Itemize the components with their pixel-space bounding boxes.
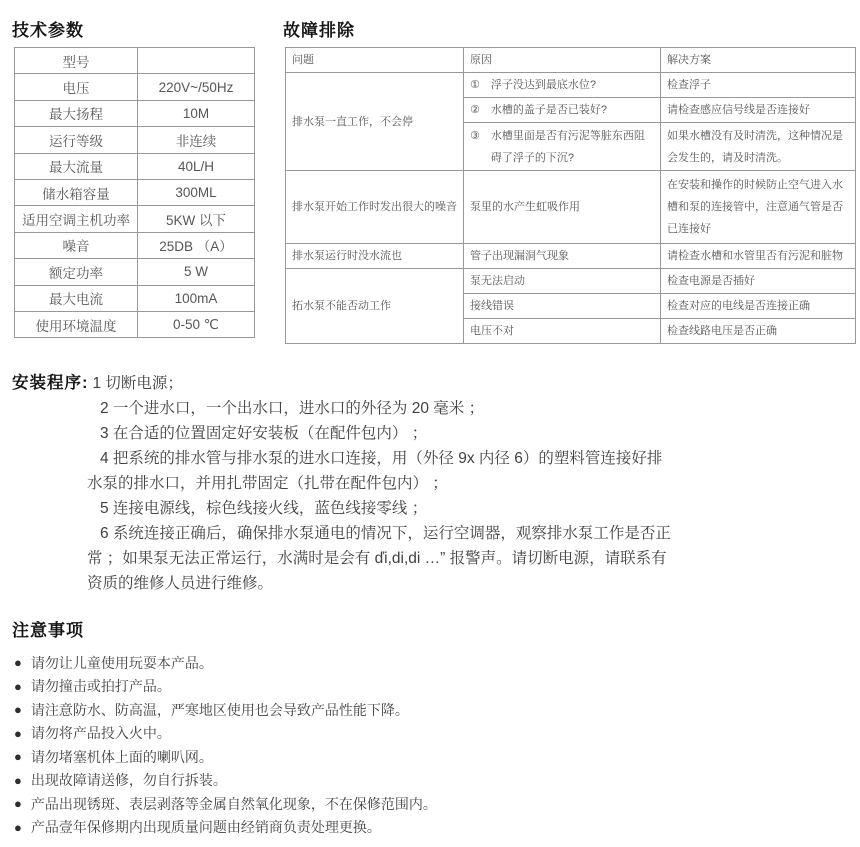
solution-cell: 请检查水槽和水管里否有污泥和脏物 [661,244,856,269]
solution-cell: 检查对应的电线是否连接正确 [661,294,856,319]
note-text: 请勿撞击或拍打产品。 [31,676,171,696]
param-label: 运行等级 [15,127,138,153]
table-row: 最大电流100mA [15,285,255,311]
param-label: 电压 [15,74,138,100]
table-row: 适用空调主机功率5KW 以下 [15,206,255,232]
installation-heading: 安装程序: [12,374,93,392]
notes-section: 注意事项 ●请勿让儿童使用玩耍本产品。 ●请勿撞击或拍打产品。 ●请注意防水、防… [0,618,860,839]
table-row: 排水泵运行时没水流也 管子出现漏洞气现象 请检查水槽和水管里否有污泥和脏物 [286,244,856,269]
param-label: 型号 [15,48,138,74]
table-row: 排水泵一直工作，不会停 ①浮子没达到最底水位? 检查浮子 [286,73,856,98]
param-value: 5KW 以下 [138,206,255,232]
note-text: 请勿将产品投入火中。 [31,723,171,743]
bullet-icon: ● [14,797,22,810]
installation-step-continuation: 常 ；如果泵无法正常运行，水满时是会有 ďi,di,di …” 报警声。请切断电… [0,546,860,571]
cause-cell: 泵里的水产生虹吸作用 [464,171,661,244]
note-text: 出现故障请送修，勿自行拆装。 [31,770,227,790]
column-header: 原因 [464,48,661,73]
cause-text: 浮子没达到最底水位? [491,74,596,96]
param-value: 0-50 ℃ [138,311,255,337]
table-row: 使用环境温度0-50 ℃ [15,311,255,337]
solution-cell: 检查电源是否插好 [661,269,856,294]
troubleshooting-table: 问题 原因 解决方案 排水泵一直工作，不会停 ①浮子没达到最底水位? 检查浮子 … [285,47,856,344]
param-label: 噪音 [15,232,138,258]
note-text: 请勿让儿童使用玩耍本产品。 [31,653,213,673]
param-value: 非连续 [138,127,255,153]
cause-cell: 电压不对 [464,319,661,344]
cause-text: 水槽里面是否有污泥等脏东西阻碍了浮子的下沉? [491,125,654,169]
problem-cell: 拓水泵不能否动工作 [286,269,464,344]
note-item: ●产品壹年保修期内出现质量问题由经销商负责处理更换。 [0,816,860,840]
solution-cell: 在安装和操作的时候防止空气进入水槽和泵的连接管中，注意通气管是否已连接好 [661,171,856,244]
cause-cell: 接线错误 [464,294,661,319]
table-row: 拓水泵不能否动工作 泵无法启动 检查电源是否插好 [286,269,856,294]
table-row: 最大流量40L/H [15,153,255,179]
table-row: 噪音25DB （A） [15,232,255,258]
bullet-icon: ● [14,821,22,834]
param-value: 220V~/50Hz [138,74,255,100]
note-text: 产品出现锈斑、表层剥落等金属自然氧化现象，不在保修范围内。 [31,794,437,814]
solution-cell: 请检查感应信号线是否连接好 [661,98,856,123]
bullet-icon: ● [14,750,22,763]
table-row: 最大扬程10M [15,100,255,126]
table-row: 排水泵开始工作时发出很大的噪音 泵里的水产生虹吸作用 在安装和操作的时候防止空气… [286,171,856,244]
solution-cell: 如果水槽没有及时清洗，这种情况是会发生的，请及时清洗。 [661,123,856,171]
bullet-icon: ● [14,727,22,740]
problem-cell: 排水泵一直工作，不会停 [286,73,464,171]
circled-number: ③ [470,125,480,147]
param-value: 100mA [138,285,255,311]
installation-step: 3 在合适的位置固定好安装板（在配件包内） ； [0,421,860,446]
note-item: ●请勿撞击或拍打产品。 [0,675,860,699]
param-label: 使用环境温度 [15,311,138,337]
bullet-icon: ● [14,656,22,669]
solution-cell: 检查浮子 [661,73,856,98]
note-item: ●请勿将产品投入火中。 [0,722,860,746]
note-text: 请注意防水、防高温，严寒地区使用也会导致产品性能下降。 [31,700,409,720]
param-value: 5 W [138,259,255,285]
cause-cell: ②水槽的盖子是否已装好? [464,98,661,123]
param-value [138,48,255,74]
tech-params-table: 型号 电压220V~/50Hz 最大扬程10M 运行等级非连续 最大流量40L/… [14,47,255,338]
problem-cell: 排水泵运行时没水流也 [286,244,464,269]
note-item: ●请勿堵塞机体上面的喇叭网。 [0,745,860,769]
cause-cell: 泵无法启动 [464,269,661,294]
troubleshooting-title: 故障排除 [283,16,355,41]
param-label: 储水箱容量 [15,179,138,205]
notes-title: 注意事项 [0,618,860,644]
param-value: 25DB （A） [138,232,255,258]
note-item: ●出现故障请送修，勿自行拆装。 [0,769,860,793]
notes-list: ●请勿让儿童使用玩耍本产品。 ●请勿撞击或拍打产品。 ●请注意防水、防高温，严寒… [0,651,860,839]
cause-cell: ③水槽里面是否有污泥等脏东西阻碍了浮子的下沉? [464,123,661,171]
installation-section: 安装程序:1 切断电源； 2 一个进水口，一个出水口，进水口的外径为 20 毫米… [0,371,860,596]
installation-step-continuation: 水泵的排水口，并用扎带固定（扎带在配件包内） ； [0,471,860,496]
problem-cell: 排水泵开始工作时发出很大的噪音 [286,171,464,244]
note-item: ●请勿让儿童使用玩耍本产品。 [0,651,860,675]
param-value: 10M [138,100,255,126]
table-row: 运行等级非连续 [15,127,255,153]
bullet-icon: ● [14,703,22,716]
installation-step: 1 切断电源； [93,375,183,392]
param-value: 40L/H [138,153,255,179]
note-text: 请勿堵塞机体上面的喇叭网。 [31,747,213,767]
note-item: ●请注意防水、防高温，严寒地区使用也会导致产品性能下降。 [0,698,860,722]
cause-cell: 管子出现漏洞气现象 [464,244,661,269]
param-label: 适用空调主机功率 [15,206,138,232]
installation-step-continuation: 资质的维修人员进行维修。 [0,571,860,596]
bullet-icon: ● [14,680,22,693]
table-row: 额定功率5 W [15,259,255,285]
circled-number: ① [470,74,480,96]
note-item: ●产品出现锈斑、表层剥落等金属自然氧化现象，不在保修范围内。 [0,792,860,816]
installation-step: 4 把系统的排水管与排水泵的进水口连接，用（外径 9x 内径 6）的塑料管连接好… [0,446,860,471]
table-row: 储水箱容量300ML [15,179,255,205]
manual-page: { "tech": { "title": "技术参数", "rows": [ {… [0,0,860,847]
table-row: 电压220V~/50Hz [15,74,255,100]
circled-number: ② [470,99,480,121]
installation-step: 5 连接电源线，棕色线接火线，蓝色线接零线 ； [0,496,860,521]
param-label: 最大扬程 [15,100,138,126]
param-label: 最大电流 [15,285,138,311]
table-header-row: 问题 原因 解决方案 [286,48,856,73]
param-label: 最大流量 [15,153,138,179]
solution-cell: 检查线路电压是否正确 [661,319,856,344]
installation-step: 6 系统连接正确后，确保排水泵通电的情况下，运行空调器，观察排水泵工作是否正 [0,521,860,546]
column-header: 问题 [286,48,464,73]
cause-cell: ①浮子没达到最底水位? [464,73,661,98]
param-value: 300ML [138,179,255,205]
cause-text: 水槽的盖子是否已装好? [491,99,607,121]
column-header: 解决方案 [661,48,856,73]
table-row: 型号 [15,48,255,74]
param-label: 额定功率 [15,259,138,285]
bullet-icon: ● [14,774,22,787]
installation-line: 安装程序:1 切断电源； [0,371,860,396]
tech-params-title: 技术参数 [12,16,84,41]
installation-step: 2 一个进水口，一个出水口，进水口的外径为 20 毫米 ； [0,396,860,421]
note-text: 产品壹年保修期内出现质量问题由经销商负责处理更换。 [31,817,381,837]
